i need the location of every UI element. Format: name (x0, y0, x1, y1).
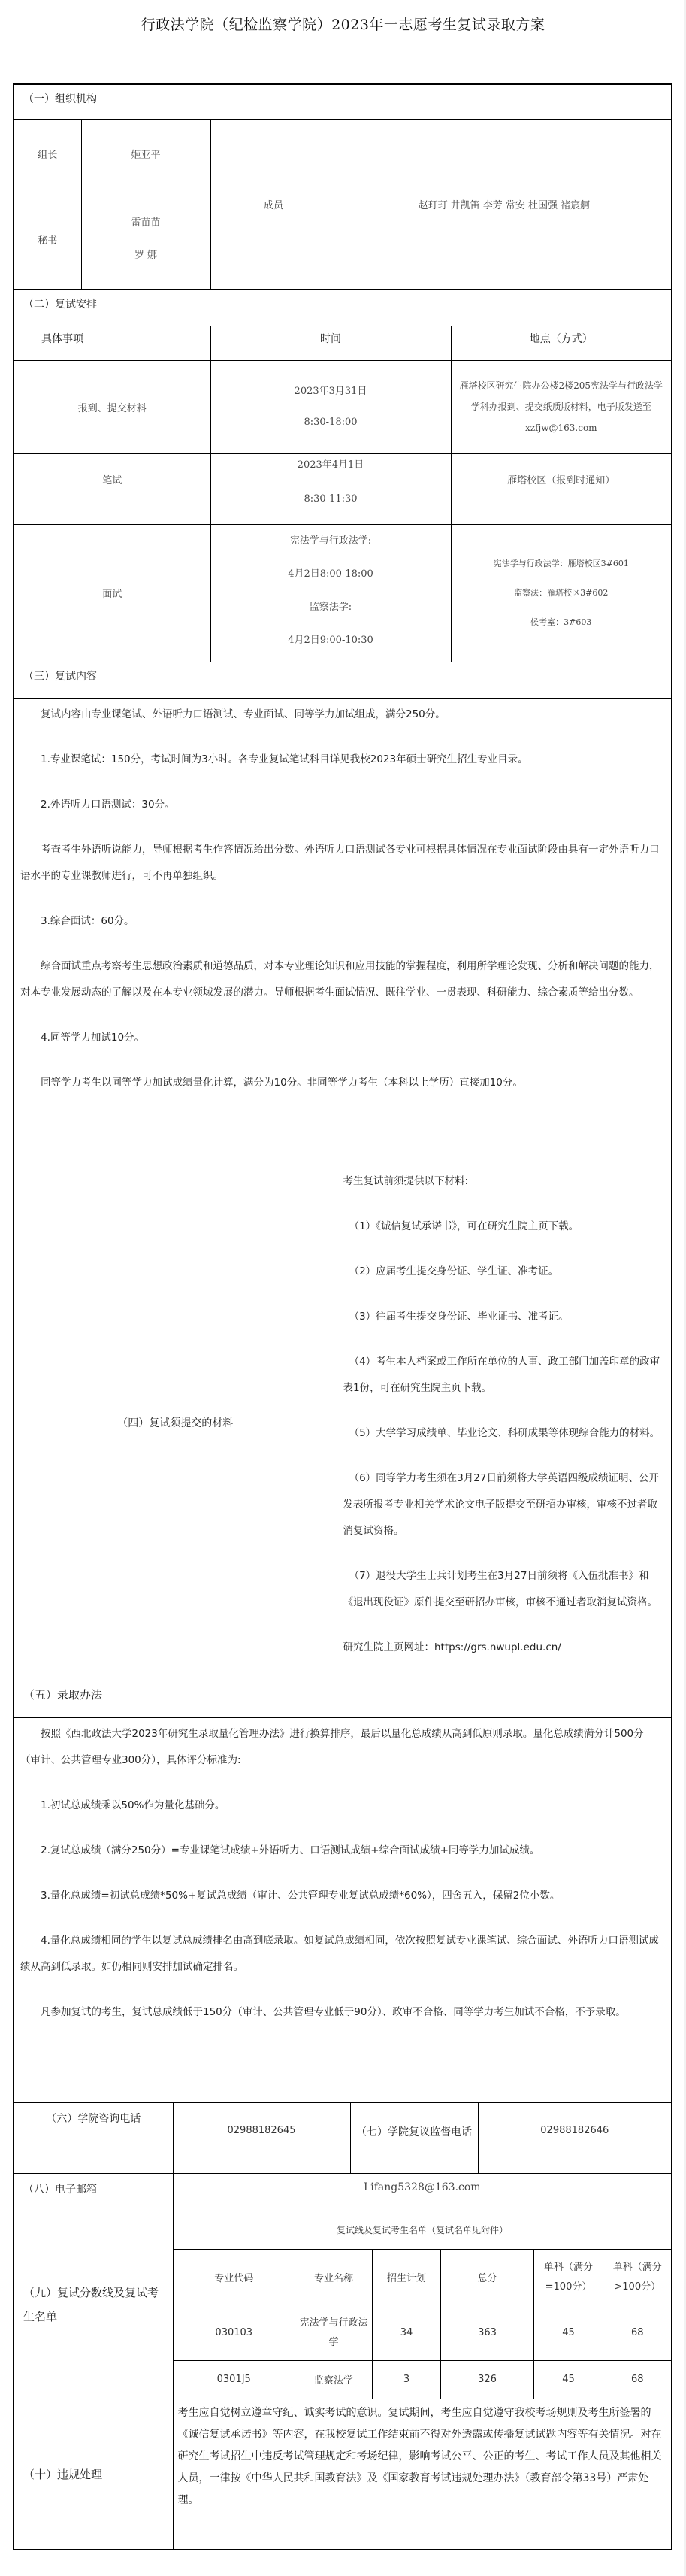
cutoff-col-header: 单科（满分=100分） (534, 2250, 603, 2305)
materials-item: （5）大学学习成绩单、毕业论文、科研成果等体现综合能力的材料。 (343, 1420, 663, 1447)
table-row: 0301J5 监察法学 3 326 45 68 (174, 2361, 672, 2399)
total-score: 326 (441, 2361, 534, 2399)
content-paragraph: 3.综合面试：60分。 (20, 908, 662, 935)
admission-body: 按照《西北政法大学2023年研究生录取量化管理办法》进行换算排序，最后以量化总成… (14, 1717, 672, 2102)
table-row: 030103 宪法学与行政法学 34 363 45 68 (174, 2305, 672, 2361)
total-score: 363 (441, 2305, 534, 2361)
cutoff-col-header: 专业名称 (295, 2250, 373, 2305)
secretary-name: 罗 娜 (82, 250, 210, 260)
time-range: 8:30-18:00 (211, 417, 451, 427)
members-label: 成员 (210, 119, 337, 289)
schedule-place-written: 雁塔校区（报到时通知） (451, 453, 672, 524)
cutoff-col-header: 专业代码 (174, 2250, 295, 2305)
content-paragraph: 同等学力考生以同等学力加试成绩量化计算，满分为10分。非同等学力考生（本科以上学… (20, 1070, 662, 1096)
enrollment-plan: 3 (373, 2361, 441, 2399)
secretary-names: 雷苗苗 罗 娜 (81, 189, 210, 289)
section-heading-consult: （六）学院咨询电话 (14, 2102, 173, 2173)
single-score-over-100: 68 (603, 2305, 672, 2361)
content-paragraph: 综合面试重点考察考生思想政治素质和道德品质，对本专业理论知识和应用技能的掌握程度… (20, 953, 662, 1006)
cutoff-col-header: 单科（满分>100分） (603, 2250, 672, 2305)
time-label: 宪法学与行政法学: (211, 525, 451, 558)
secretary-name: 雷苗苗 (82, 218, 210, 228)
section-heading-supervise: （七）学院复议监督电话 (350, 2102, 478, 2173)
admission-paragraph: 按照《西北政法大学2023年研究生录取量化管理办法》进行换算排序，最后以量化总成… (20, 1721, 662, 1774)
schedule-time-interview: 宪法学与行政法学: 4月2日8:00-18:00 监察法学: 4月2日9:00-… (210, 524, 451, 662)
content-paragraph: 2.外语听力口语测试：30分。 (20, 792, 662, 818)
homepage-link[interactable]: https://grs.nwupl.edu.cn/ (434, 1641, 561, 1653)
consult-phone: 02988182645 (173, 2102, 350, 2173)
schedule-col-item: 具体事项 (14, 326, 210, 360)
materials-item: （2）应届考生提交身份证、学生证、准考证。 (343, 1259, 663, 1285)
materials-item: （6）同等学力考生须在3月27日前须将大学英语四级成绩证明、公开发表所报考专业相… (343, 1465, 663, 1544)
time-date: 2023年3月31日 (211, 386, 451, 396)
admission-paragraph: 1.初试总成绩乘以50%作为量化基础分。 (20, 1793, 662, 1819)
content-paragraph: 复试内容由专业课笔试、外语听力口语测试、专业面试、同等学力加试组成，满分250分… (20, 702, 662, 728)
schedule-col-time: 时间 (210, 326, 451, 360)
schedule-time-written: 2023年4月1日 8:30-11:30 (210, 453, 451, 524)
materials-item: （4）考生本人档案或工作所在单位的人事、政工部门加盖印章的政审表1份，可在研究生… (343, 1349, 663, 1402)
schedule-col-place: 地点（方式） (451, 326, 672, 360)
materials-item: （3）往届考生提交身份证、毕业证书、准考证。 (343, 1304, 663, 1330)
cutoff-col-header: 招生计划 (373, 2250, 441, 2305)
major-name: 监察法学 (295, 2361, 373, 2399)
time-date: 2023年4月1日 (211, 460, 451, 470)
content-paragraph: 考查考生外语听说能力，导师根据考生作答情况给出分数。外语听力口语测试各专业可根据… (20, 837, 662, 889)
schedule-item-registration: 报到、提交材料 (14, 360, 210, 453)
place-text: 候考室：3#603 (452, 608, 672, 637)
single-score-100: 45 (534, 2361, 603, 2399)
admission-paragraph: 凡参加复试的考生，复试总成绩低于150分（审计、公共管理专业低于90分）、政审不… (20, 1999, 662, 2026)
content-paragraph: 4.同等学力加试10分。 (20, 1025, 662, 1051)
section-heading-materials: （四）复试须提交的材料 (14, 1165, 337, 1680)
email-address[interactable]: Lifang5328@163.com (173, 2173, 672, 2211)
section-heading-org: （一）组织机构 (14, 84, 672, 119)
major-code: 0301J5 (174, 2361, 295, 2399)
section-heading-schedule: （二）复试安排 (14, 289, 672, 326)
place-text: 监察法：雁塔校区3#602 (452, 578, 672, 608)
content-body: 复试内容由专业课笔试、外语听力口语测试、专业面试、同等学力加试组成，满分250分… (14, 698, 672, 1165)
members-names: 赵玎玎 井凯笛 李芳 常安 杜国强 褚宸舸 (337, 119, 672, 289)
major-name: 宪法学与行政法学 (295, 2305, 373, 2361)
cutoff-col-header: 总分 (441, 2250, 534, 2305)
section-heading-email: （八）电子邮箱 (14, 2173, 173, 2211)
homepage-label: 研究生院主页网址： (343, 1641, 435, 1653)
cutoff-table: 复试线及复试考生名单（复试名单见附件） 专业代码 专业名称 招生计划 总分 单科… (174, 2211, 672, 2399)
time-range: 4月2日8:00-18:00 (211, 558, 451, 591)
leader-label: 组长 (14, 119, 81, 189)
schedule-place-registration: 雁塔校区研究生院办公楼2楼205宪法学与行政法学学科办报到、提交纸质版材料，电子… (451, 360, 672, 453)
cutoff-table-cell: 复试线及复试考生名单（复试名单见附件） 专业代码 专业名称 招生计划 总分 单科… (173, 2211, 672, 2399)
supervise-phone: 02988182646 (478, 2102, 672, 2173)
cutoff-caption: 复试线及复试考生名单（复试名单见附件） (174, 2211, 672, 2250)
violation-text: 考生应自觉树立遵章守纪、诚实考试的意识。复试期间，考生应自觉遵守我校考场规则及考… (173, 2399, 672, 2550)
materials-intro: 考生复试前须提供以下材料: (343, 1168, 663, 1195)
time-label: 监察法学: (211, 591, 451, 624)
schedule-item-interview: 面试 (14, 524, 210, 662)
section-heading-admission: （五）录取办法 (14, 1680, 672, 1717)
enrollment-plan: 34 (373, 2305, 441, 2361)
homepage-line: 研究生院主页网址：https://grs.nwupl.edu.cn/ (343, 1635, 663, 1661)
single-score-100: 45 (534, 2305, 603, 2361)
admission-paragraph: 3.量化总成绩=初试总成绩*50%+复试总成绩（审计、公共管理专业复试总成绩*6… (20, 1883, 662, 1909)
section-heading-violation: （十）违规处理 (14, 2399, 173, 2550)
major-code: 030103 (174, 2305, 295, 2361)
admission-paragraph: 4.量化总成绩相同的学生以复试总成绩排名由高到底录取。如复试总成绩相同，依次按照… (20, 1928, 662, 1980)
secretary-label: 秘书 (14, 189, 81, 289)
schedule-place-interview: 宪法学与行政法学：雁塔校区3#601 监察法：雁塔校区3#602 候考室：3#6… (451, 524, 672, 662)
place-text: 雁塔校区研究生院办公楼2楼205宪法学与行政法学学科办报到、提交纸质版材料，电子… (456, 375, 667, 417)
page-title: 行政法学院（纪检监察学院）2023年一志愿考生复试录取方案 (0, 14, 686, 34)
materials-item: （7）退役大学生士兵计划考生在3月27日前须将《入伍批准书》和《退出现役证》原件… (343, 1563, 663, 1616)
schedule-time-registration: 2023年3月31日 8:30-18:00 (210, 360, 451, 453)
leader-name: 姬亚平 (81, 119, 210, 189)
content-paragraph: 1.专业课笔试：150分，考试时间为3小时。各专业复试笔试科目详见我校2023年… (20, 747, 662, 773)
single-score-over-100: 68 (603, 2361, 672, 2399)
materials-item: （1）《诚信复试承诺书》，可在研究生院主页下载。 (343, 1214, 663, 1240)
admission-paragraph: 2.复试总成绩（满分250分）=专业课笔试成绩+外语听力、口语测试成绩+综合面试… (20, 1838, 662, 1864)
time-range: 8:30-11:30 (211, 494, 451, 504)
section-heading-content: （三）复试内容 (14, 662, 672, 698)
section-heading-cutoff: （九）复试分数线及复试考生名单 (14, 2211, 173, 2399)
materials-body: 考生复试前须提供以下材料: （1）《诚信复试承诺书》，可在研究生院主页下载。 （… (337, 1165, 672, 1680)
admission-plan-table: （一）组织机构 组长 姬亚平 成员 赵玎玎 井凯笛 李芳 常安 杜国强 褚宸舸 … (13, 83, 672, 2550)
place-text: 宪法学与行政法学：雁塔校区3#601 (452, 549, 672, 578)
time-range: 4月2日9:00-10:30 (211, 624, 451, 657)
contact-email[interactable]: xzfjw@163.com (456, 417, 667, 438)
schedule-item-written: 笔试 (14, 453, 210, 524)
